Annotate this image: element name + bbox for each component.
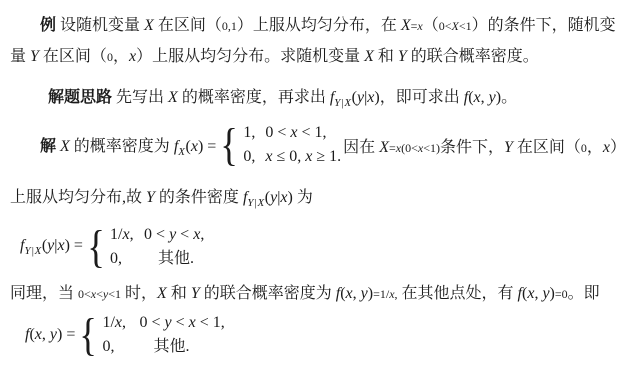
formula-lhs: fY|X(y|x) = bbox=[20, 237, 83, 257]
piecewise-conditional-density: { 1/x, 0 < y < x, 0, 其他. bbox=[85, 222, 204, 272]
formula-value: 1/x, bbox=[102, 311, 139, 335]
piecewise-row: 1/x, 0 < y < x, bbox=[110, 223, 204, 247]
piecewise-row: 0, x ≤ 0, x ≥ 1. bbox=[243, 145, 341, 169]
solution-suffix-text: 因在 X=x(0<x<1)条件下，Y 在区间（0，x） bbox=[343, 134, 625, 157]
example-paragraph-line-2: 量 Y 在区间（0，x）上服从均匀分布。求随机变量 X 和 Y 的联合概率密度。 bbox=[10, 43, 616, 66]
piecewise-row: 1/x, 0 < y < x < 1, bbox=[102, 311, 224, 335]
piecewise-density-fx: { 1, 0 < x < 1, 0, x ≤ 0, x ≥ 1. bbox=[218, 120, 341, 170]
solution-prefix-text: 解 X 的概率密度为 fX(x) = bbox=[40, 133, 216, 158]
formula-condition: 其他. bbox=[139, 335, 189, 359]
formula-condition: 0 < y < x < 1, bbox=[139, 311, 224, 335]
conditional-density-formula: fY|X(y|x) = { 1/x, 0 < y < x, 0, 其他. bbox=[20, 220, 625, 274]
joint-density-formula: f(x, y) = { 1/x, 0 < y < x < 1, 0, 其他. bbox=[25, 308, 625, 362]
solution-idea-paragraph: 解题思路 先写出 X 的概率密度，再求出 fY|X(y|x)，即可求出 f(x,… bbox=[10, 84, 625, 109]
left-brace: { bbox=[221, 120, 239, 170]
left-brace: { bbox=[87, 222, 105, 272]
formula-condition: 0 < y < x, bbox=[144, 223, 204, 247]
continuation-paragraph: 上服从均匀分布,故 Y 的条件密度 fY|X(y|x) 为 bbox=[10, 184, 616, 209]
formula-value: 1, bbox=[243, 121, 265, 145]
piecewise-rows: 1/x, 0 < y < x < 1, 0, 其他. bbox=[102, 311, 224, 359]
formula-value: 0, bbox=[243, 145, 265, 169]
formula-value: 0, bbox=[110, 247, 144, 271]
example-paragraph-line-1: 例 设随机变量 X 在区间（0,1）上服从均匀分布，在 X=x（0<X<1）的条… bbox=[10, 12, 625, 35]
piecewise-row: 0, 其他. bbox=[102, 335, 224, 359]
formula-lhs: f(x, y) = bbox=[25, 326, 75, 344]
formula-condition: 其他. bbox=[144, 247, 194, 271]
document-page: 例 设随机变量 X 在区间（0,1）上服从均匀分布，在 X=x（0<X<1）的条… bbox=[0, 0, 625, 367]
piecewise-joint-density: { 1/x, 0 < y < x < 1, 0, 其他. bbox=[77, 310, 224, 360]
formula-condition: 0 < x < 1, bbox=[265, 121, 326, 145]
piecewise-rows: 1, 0 < x < 1, 0, x ≤ 0, x ≥ 1. bbox=[243, 121, 341, 169]
piecewise-rows: 1/x, 0 < y < x, 0, 其他. bbox=[110, 223, 204, 271]
formula-value: 1/x, bbox=[110, 223, 144, 247]
solution-paragraph: 解 X 的概率密度为 fX(x) = { 1, 0 < x < 1, 0, x … bbox=[10, 118, 625, 172]
formula-condition: x ≤ 0, x ≥ 1. bbox=[265, 145, 341, 169]
piecewise-row: 0, 其他. bbox=[110, 247, 204, 271]
piecewise-row: 1, 0 < x < 1, bbox=[243, 121, 341, 145]
formula-value: 0, bbox=[102, 335, 139, 359]
similarly-paragraph: 同理，当 0<x<y<1 时，X 和 Y 的联合概率密度为 f(x, y)=1/… bbox=[10, 280, 616, 303]
left-brace: { bbox=[80, 310, 98, 360]
